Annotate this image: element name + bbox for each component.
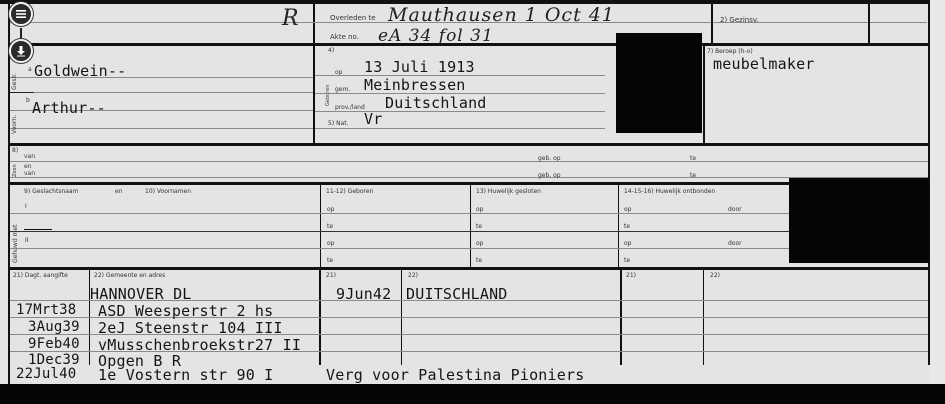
nationality-value: Vr [364, 110, 382, 128]
spouse-1-numeral: I [25, 203, 27, 210]
gezinsv-divider-left [711, 3, 713, 45]
initial-mark: R [282, 6, 300, 31]
birth-place-value: Meinbressen [364, 76, 466, 94]
parent-2-te-label: te [690, 172, 696, 179]
col-geboren-label: 11-12) Geboren [326, 188, 373, 195]
col-gesloten-label: 13) Huwelijk gesloten [476, 188, 541, 195]
col-geslachtsnaam-label: 9) Geslachtsnaam [24, 188, 78, 195]
spouse-2-numeral: II [25, 237, 29, 244]
op-label: op [335, 69, 342, 76]
occupation-value: meubelmaker [713, 55, 815, 73]
res-entry-date: 17Mrt38 [16, 302, 76, 318]
parents-side-label: Zoon [12, 164, 18, 177]
beroep-divider [703, 43, 705, 143]
surname-value: Goldwein-- [34, 62, 126, 80]
overleden-value: Mauthausen 1 Oct 41 [388, 4, 615, 26]
gezinsv-divider-right [868, 3, 870, 45]
res-entry-address: ASD Weesperstr 2 hs [98, 302, 273, 320]
redaction-photo [616, 33, 702, 133]
prov-land-label: prov./land [335, 104, 365, 111]
spouse-1-geboren-te: te [327, 223, 333, 230]
surname-marker: a [28, 66, 32, 73]
given-marker: b [26, 97, 30, 104]
col-voornamen-label: 10) Voornamen [145, 188, 191, 195]
section-8-label: 8) [12, 147, 18, 154]
parents-bottom-rule [10, 182, 790, 185]
download-button[interactable] [9, 39, 33, 63]
res2-entry-address: DUITSCHLAND [406, 285, 508, 303]
gesloten-col-divider [470, 184, 471, 268]
akte-value: eA 34 fol 31 [378, 26, 494, 46]
spouse-2-ontbonden-op: op [624, 240, 631, 247]
res-date3-label: 21) [626, 272, 636, 279]
spouse-1-ontbonden-te: te [624, 223, 630, 230]
akte-label: Akte no. [330, 33, 359, 41]
res-entry-address: 2eJ Steenstr 104 III [98, 319, 283, 337]
parent-1-geb-label: geb. op [538, 155, 561, 162]
given-rule-2 [10, 128, 313, 129]
geslachtsnaam-side-label: Geslr. [11, 73, 18, 90]
col-ontbonden-label: 14-15-16) Huwelijk ontbonden [624, 188, 715, 195]
parent-2-geb-label: geb. op [538, 172, 561, 179]
birth-date-value: 13 Juli 1913 [364, 58, 475, 76]
card-left-border [8, 0, 10, 404]
header-divider [313, 3, 315, 143]
side-divider [10, 92, 34, 93]
birth-country-value: Duitschland [385, 94, 487, 112]
res-entry-date: 3Aug39 [28, 319, 80, 335]
spouse-2-ontbonden-door: door [728, 240, 742, 247]
res-address-label: 22) Gemeente en adres [94, 272, 165, 279]
parent-1-te-label: te [690, 155, 696, 162]
spouse-2-geboren-te: te [327, 257, 333, 264]
res2-entry-date: 9Jun42 [336, 285, 391, 303]
marriage-bottom-rule [10, 267, 928, 270]
gezinsv-label: 2) Gezinsv. [720, 16, 759, 24]
gem-label: gem. [335, 86, 350, 93]
spouse-1-ontbonden-op: op [624, 206, 631, 213]
ontbonden-col-divider [618, 184, 619, 268]
redaction-bottom-bar [0, 384, 945, 404]
nationality-label: 5) Nat. [328, 120, 349, 127]
menu-button[interactable] [9, 2, 33, 26]
registration-card: R Overleden te Mauthausen 1 Oct 41 Akte … [0, 0, 945, 404]
spouse-1-gesloten-te: te [476, 223, 482, 230]
given-names-value: Arthur-- [32, 99, 106, 117]
res-entry-date: 22Jul40 [16, 366, 76, 382]
res-address3-label: 22) [710, 272, 720, 279]
beroep-label: 7) Beroep (h-o) [707, 48, 753, 55]
spouse-1-geboren-op: op [327, 206, 334, 213]
marriage-rule-2 [10, 231, 790, 232]
marriage-rule-3 [10, 248, 790, 249]
res-entry-address: 1e Vostern str 90 I [98, 366, 273, 384]
redaction-right-block [789, 178, 929, 263]
menu-icon [15, 8, 27, 20]
res-entry-date: 9Feb40 [28, 336, 80, 352]
parent-row-2-label: en [24, 163, 32, 170]
overleden-label: Overleden te [330, 14, 376, 22]
section-4-label: 4) [328, 47, 334, 54]
person-bottom-rule [10, 143, 928, 146]
spouse-1-gesloten-op: op [476, 206, 483, 213]
spouse-2-ontbonden-te: te [624, 257, 630, 264]
voornamen-side-label: Voorn. [11, 115, 18, 134]
parent-row-3-label: van [24, 170, 35, 177]
right-margin [930, 0, 945, 384]
download-icon [15, 45, 27, 57]
geboren-col-divider [320, 184, 321, 268]
birth-rule-4 [315, 128, 605, 129]
parents-rule-1 [10, 161, 928, 162]
spouse-2-gesloten-te: te [476, 257, 482, 264]
spouse-2-gesloten-op: op [476, 240, 483, 247]
col-en-label: en [115, 188, 123, 195]
spouse-1-ontbonden-door: door [728, 206, 742, 213]
geboren-side-label: Geboren [325, 85, 331, 106]
res2-entry-note: Verg voor Palestina Pioniers [326, 366, 584, 384]
res-address2-label: 22) [408, 272, 418, 279]
res-date2-label: 21) [326, 272, 336, 279]
spouse-2-geboren-op: op [327, 240, 334, 247]
res-date-label: 21) Dagt. aangifte [13, 272, 68, 279]
mid-rule [10, 92, 313, 93]
spouse-divider-mark [24, 229, 52, 230]
res-entry-address: HANNOVER DL [90, 285, 192, 303]
parent-row-1-label: van [24, 153, 35, 160]
marriage-rule-1 [10, 213, 790, 214]
